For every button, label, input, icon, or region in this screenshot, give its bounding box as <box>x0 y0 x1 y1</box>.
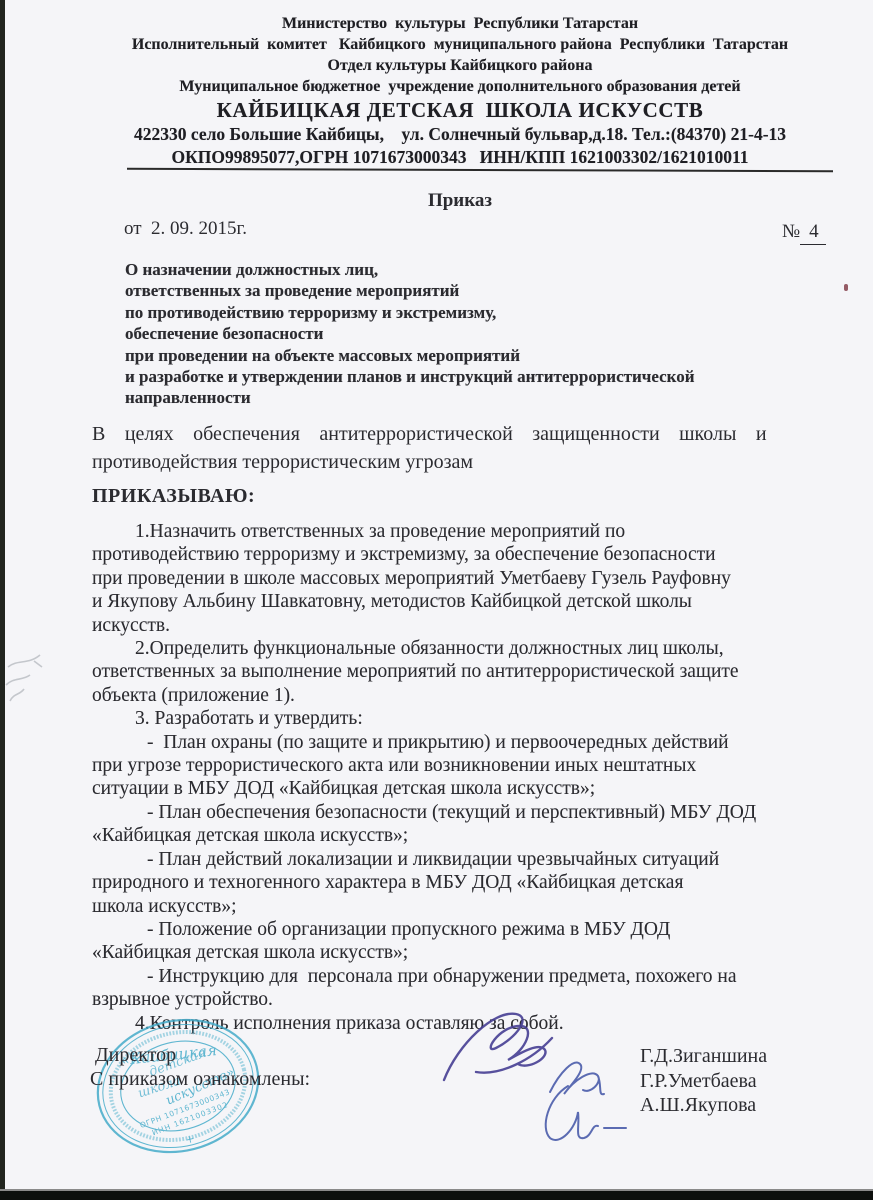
letterhead: Министерство культуры Республики Татарст… <box>55 13 865 169</box>
body-line: 1.Назначить ответственных за проведение … <box>92 520 808 543</box>
body-line: - План охраны (по защите и прикрытию) и … <box>92 731 808 754</box>
intro-line: В целях обеспечения антитеррористической… <box>92 420 802 448</box>
subject-line: О назначении должностных лиц, <box>125 259 765 280</box>
subject-line: ответственных за проведение мероприятий <box>125 280 765 301</box>
body-line: объекта (приложение 1). <box>92 684 808 707</box>
body-line: ответственных за выполнение мероприятий … <box>92 660 808 683</box>
order-date: от 2. 09. 2015г. <box>124 218 247 240</box>
body-line: - План обеспечения безопасности (текущий… <box>92 801 808 824</box>
body-line: ситуации в МБУ ДОД «Кайбицкая детская шк… <box>92 777 808 800</box>
body-line: - Положение об организации пропускного р… <box>92 918 808 941</box>
signature-name: Г.Р.Уметбаева <box>640 1069 767 1094</box>
letterhead-line: Исполнительный комитет Кайбицкого муници… <box>55 34 865 55</box>
signature-names: Г.Д.ЗиганшинаГ.Р.УметбаеваА.Ш.Якупова <box>640 1044 767 1118</box>
ink-speck <box>844 284 848 291</box>
body-line: 3. Разработать и утвердить: <box>92 707 808 730</box>
body-line: «Кайбицкая детская школа искусств»; <box>92 824 808 847</box>
signature-name: А.Ш.Якупова <box>640 1093 767 1118</box>
acknowledged-signature-2 <box>534 1078 644 1153</box>
pencil-smudge <box>0 615 70 735</box>
letterhead-codes: ОКПО99895077,ОГРН 1071673000343 ИНН/КПП … <box>55 146 865 169</box>
letterhead-line: Отдел культуры Кайбицкого района <box>55 55 865 76</box>
number-sign: № <box>782 221 800 242</box>
number-value: 4 <box>800 221 826 245</box>
order-subject: О назначении должностных лиц,ответственн… <box>125 259 765 409</box>
order-body: 1.Назначить ответственных за проведение … <box>92 520 808 1035</box>
body-line: искусств. <box>92 614 808 637</box>
scanned-order-document: Министерство культуры Республики Татарст… <box>0 0 873 1200</box>
body-line: 2.Определить функциональные обязанности … <box>92 637 808 660</box>
director-label: Директор <box>95 1044 176 1067</box>
body-line: природного и техногенного характера в МБ… <box>92 871 808 894</box>
body-line: при проведении в школе массовых мероприя… <box>92 567 808 590</box>
intro-line: противодействия террористическим угрозам <box>92 448 802 476</box>
body-line: - Инструкцию для персонала при обнаружен… <box>92 965 808 988</box>
scan-edge-left <box>0 0 5 1200</box>
subject-line: по противодействию терроризму и экстреми… <box>125 302 765 323</box>
letterhead-address: 422330 село Большие Кайбицы, ул. Солнечн… <box>55 123 865 146</box>
body-line: «Кайбицкая детская школа искусств»; <box>92 941 808 964</box>
letterhead-line: Министерство культуры Республики Татарст… <box>55 13 865 34</box>
intro-paragraph: В целях обеспечения антитеррористической… <box>92 420 802 476</box>
subject-line: при проведении на объекте массовых мероп… <box>125 345 765 366</box>
stamp-bottom-mark: + <box>184 1132 196 1147</box>
body-line: противодействию терроризму и экстремизму… <box>92 543 808 566</box>
body-line: школа искусств»; <box>92 895 808 918</box>
order-number: №4 <box>782 221 826 245</box>
body-line: - План действий локализации и ликвидации… <box>92 848 808 871</box>
subject-line: и разработке и утверждении планов и инст… <box>125 366 765 387</box>
subject-line: направленности <box>125 387 765 408</box>
order-title: Приказ <box>55 190 865 212</box>
signature-name: Г.Д.Зиганшина <box>640 1044 767 1069</box>
decree-word: ПРИКАЗЫВАЮ: <box>92 485 255 508</box>
body-line: и Якупову Альбину Шавкатовну, методистов… <box>92 590 808 613</box>
school-name: КАЙБИЦКАЯ ДЕТСКАЯ ШКОЛА ИСКУССТВ <box>55 97 865 123</box>
scan-edge-bottom <box>0 1189 873 1200</box>
subject-line: обеспечение безопасности <box>125 323 765 344</box>
body-line: при угрозе террористического акта или во… <box>92 754 808 777</box>
letterhead-line: Муниципальное бюджетное учреждение допол… <box>55 76 865 97</box>
letterhead-lines: Министерство культуры Республики Татарст… <box>55 13 865 97</box>
acknowledged-label: С приказом ознакомлены: <box>90 1068 310 1091</box>
